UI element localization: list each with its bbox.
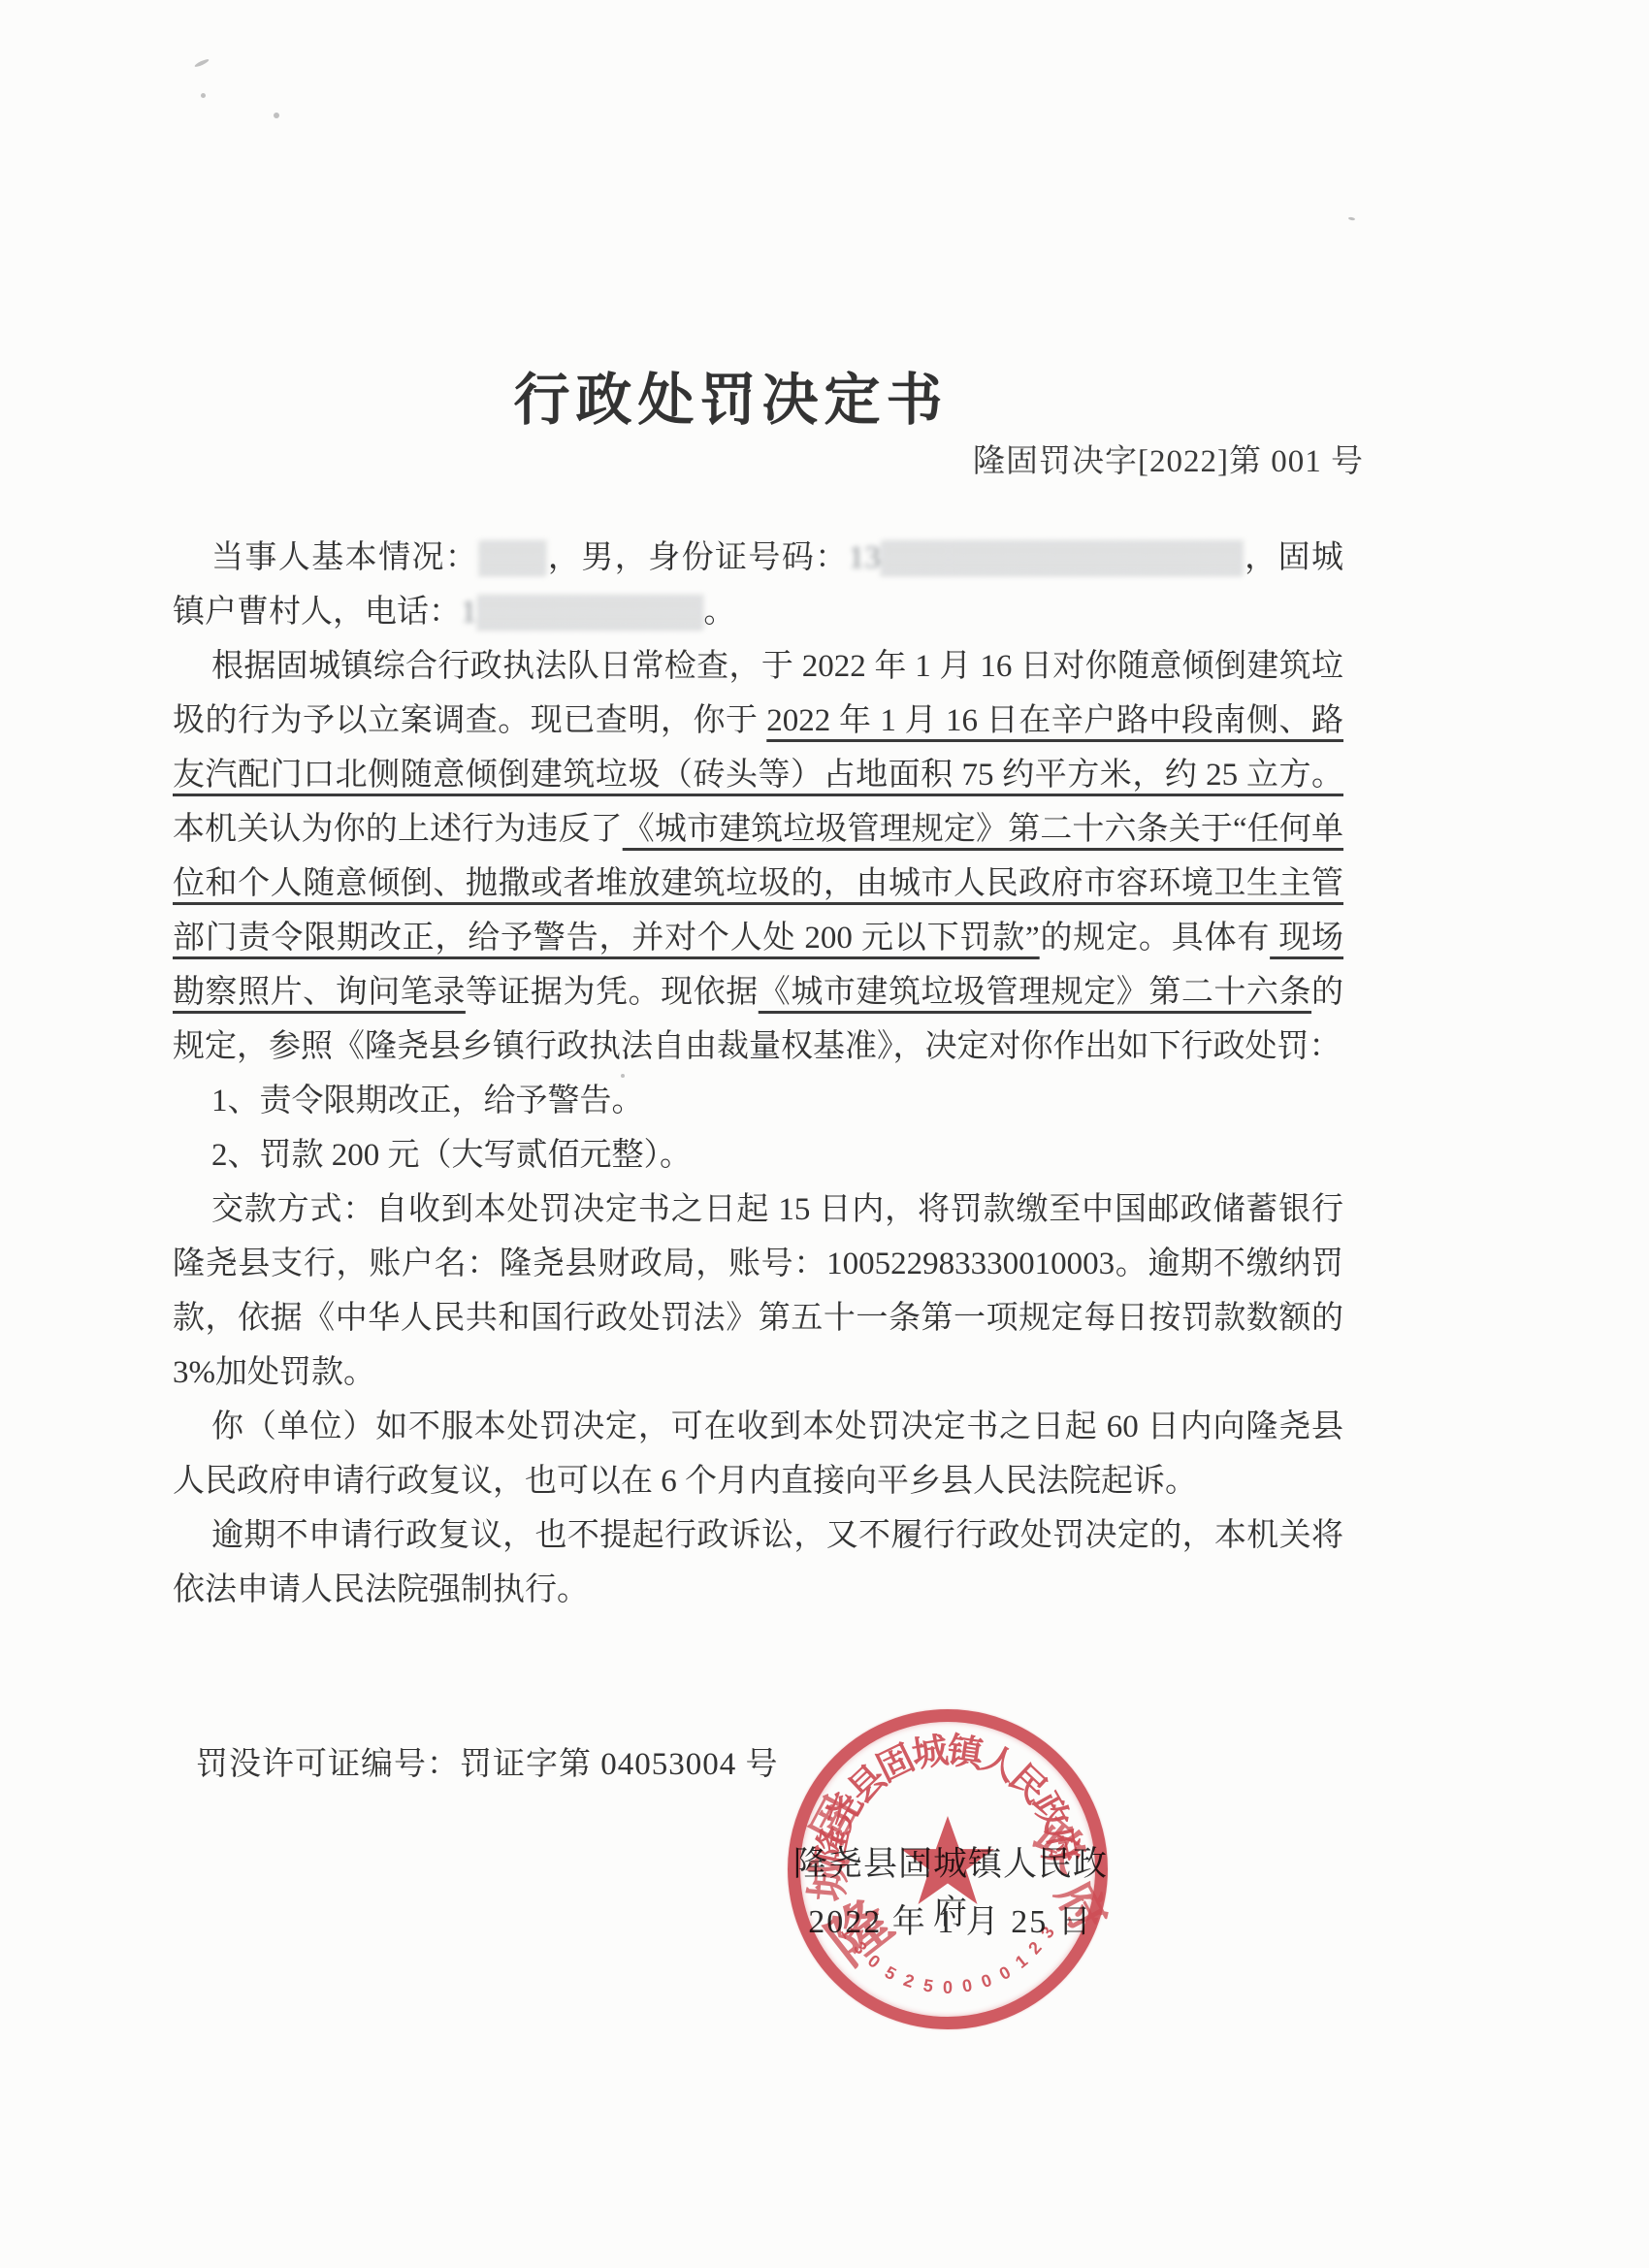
text-segment: 2、罚款 200 元（大写贰佰元整）。 <box>211 1138 692 1173</box>
seal-arc-char: 县 <box>839 1756 896 1813</box>
seal-code-char: 0 <box>992 1960 1017 1986</box>
seal-arc-char: 尧 <box>819 1785 874 1840</box>
seal-code-char: 0 <box>939 1978 956 1997</box>
scanned-document-page: 行政处罚决定书 隆固罚决字[2022]第 001 号 当事人基本情况：▒▒▒，男… <box>0 0 1649 2268</box>
redacted-text: ▒▒▒ <box>478 540 546 575</box>
text-segment: 逾期不申请行政复议，也不提起行政诉讼，又不履行行政处罚决定的，本机关将依法申请人… <box>173 1518 1343 1607</box>
seal-arc-char: 人 <box>972 1737 1026 1792</box>
scan-speck <box>621 1074 625 1078</box>
seal-code-char: 5 <box>879 1960 903 1986</box>
seal-code-char: 0 <box>861 1949 888 1975</box>
paragraph: 1、责令限期改正，给予警告。 <box>173 1074 1343 1128</box>
text-segment: 交款方式：自收到本处罚决定书之日起 15 日内，将罚款缴至中国邮政储蓄银行隆尧县… <box>173 1192 1343 1390</box>
paragraph: 逾期不申请行政复议，也不提起行政诉讼，又不履行行政处罚决定的，本机关将依法申请人… <box>173 1508 1343 1617</box>
text-segment: 本机关认为你的上述行为违反了 <box>173 812 623 847</box>
seal-code-char: 5 <box>918 1975 938 1997</box>
seal-code-char: 1 <box>1008 1949 1034 1975</box>
body-paragraphs: 当事人基本情况：▒▒▒，男，身份证号码：13▒▒▒▒▒▒▒▒▒▒▒▒▒▒▒▒，固… <box>173 531 1343 1617</box>
scan-speck <box>274 113 279 118</box>
scan-speck <box>194 58 210 68</box>
seal-code-char: 0 <box>957 1975 978 1997</box>
seal-arc-char: 政 <box>1021 1785 1077 1840</box>
seal-arc-char: 固 <box>869 1737 923 1792</box>
paragraph: 你（单位）如不服本处罚决定，可在收到本处罚决定书之日起 60 日内向隆尧县人民政… <box>173 1400 1343 1508</box>
underlined-text: 《城市建筑垃圾管理规定》第二十六条 <box>759 975 1311 1010</box>
text-segment: 等证据为凭。现依据 <box>466 975 759 1010</box>
page-title: 行政处罚决定书 <box>145 354 1316 436</box>
text-segment: 的规定。具体有 <box>1040 921 1270 956</box>
paragraph: 2、罚款 200 元（大写贰佰元整）。 <box>173 1128 1343 1183</box>
seal-code-char: 2 <box>897 1969 921 1993</box>
seal-arc-char: 民 <box>999 1756 1056 1813</box>
redacted-text: 1▒▒▒▒▒▒▒▒▒▒ <box>461 595 703 630</box>
seal-code-char: 0 <box>975 1969 998 1993</box>
scan-speck <box>1348 216 1355 220</box>
scan-speck <box>201 93 206 98</box>
text-segment: ，男，身份证号码： <box>547 540 849 575</box>
paragraph: 根据固城镇综合行政执法队日常检查，于 2022 年 1 月 16 日对你随意倾倒… <box>173 639 1343 1074</box>
seal-arc-char: 城 <box>907 1731 954 1777</box>
text-segment: 。 <box>703 595 735 630</box>
text-segment: 你（单位）如不服本处罚决定，可在收到本处罚决定书之日起 60 日内向隆尧县人民政… <box>173 1409 1343 1499</box>
text-segment: 1、责令限期改正，给予警告。 <box>211 1084 644 1118</box>
paragraph: 当事人基本情况：▒▒▒，男，身份证号码：13▒▒▒▒▒▒▒▒▒▒▒▒▒▒▒▒，固… <box>173 531 1343 639</box>
redacted-text: 13▒▒▒▒▒▒▒▒▒▒▒▒▒▒▒▒ <box>849 540 1244 575</box>
text-segment: 当事人基本情况： <box>211 540 478 575</box>
document-number: 隆固罚决字[2022]第 001 号 <box>173 436 1364 481</box>
issue-date: 2022 年 1 月 25 日 <box>782 1895 1119 1942</box>
penalty-license-number: 罚没许可证编号：罚证字第 04053004 号 <box>196 1738 779 1784</box>
seal-arc-char: 镇 <box>942 1731 988 1777</box>
paragraph: 交款方式：自收到本处罚决定书之日起 15 日内，将罚款缴至中国邮政储蓄银行隆尧县… <box>173 1183 1343 1400</box>
